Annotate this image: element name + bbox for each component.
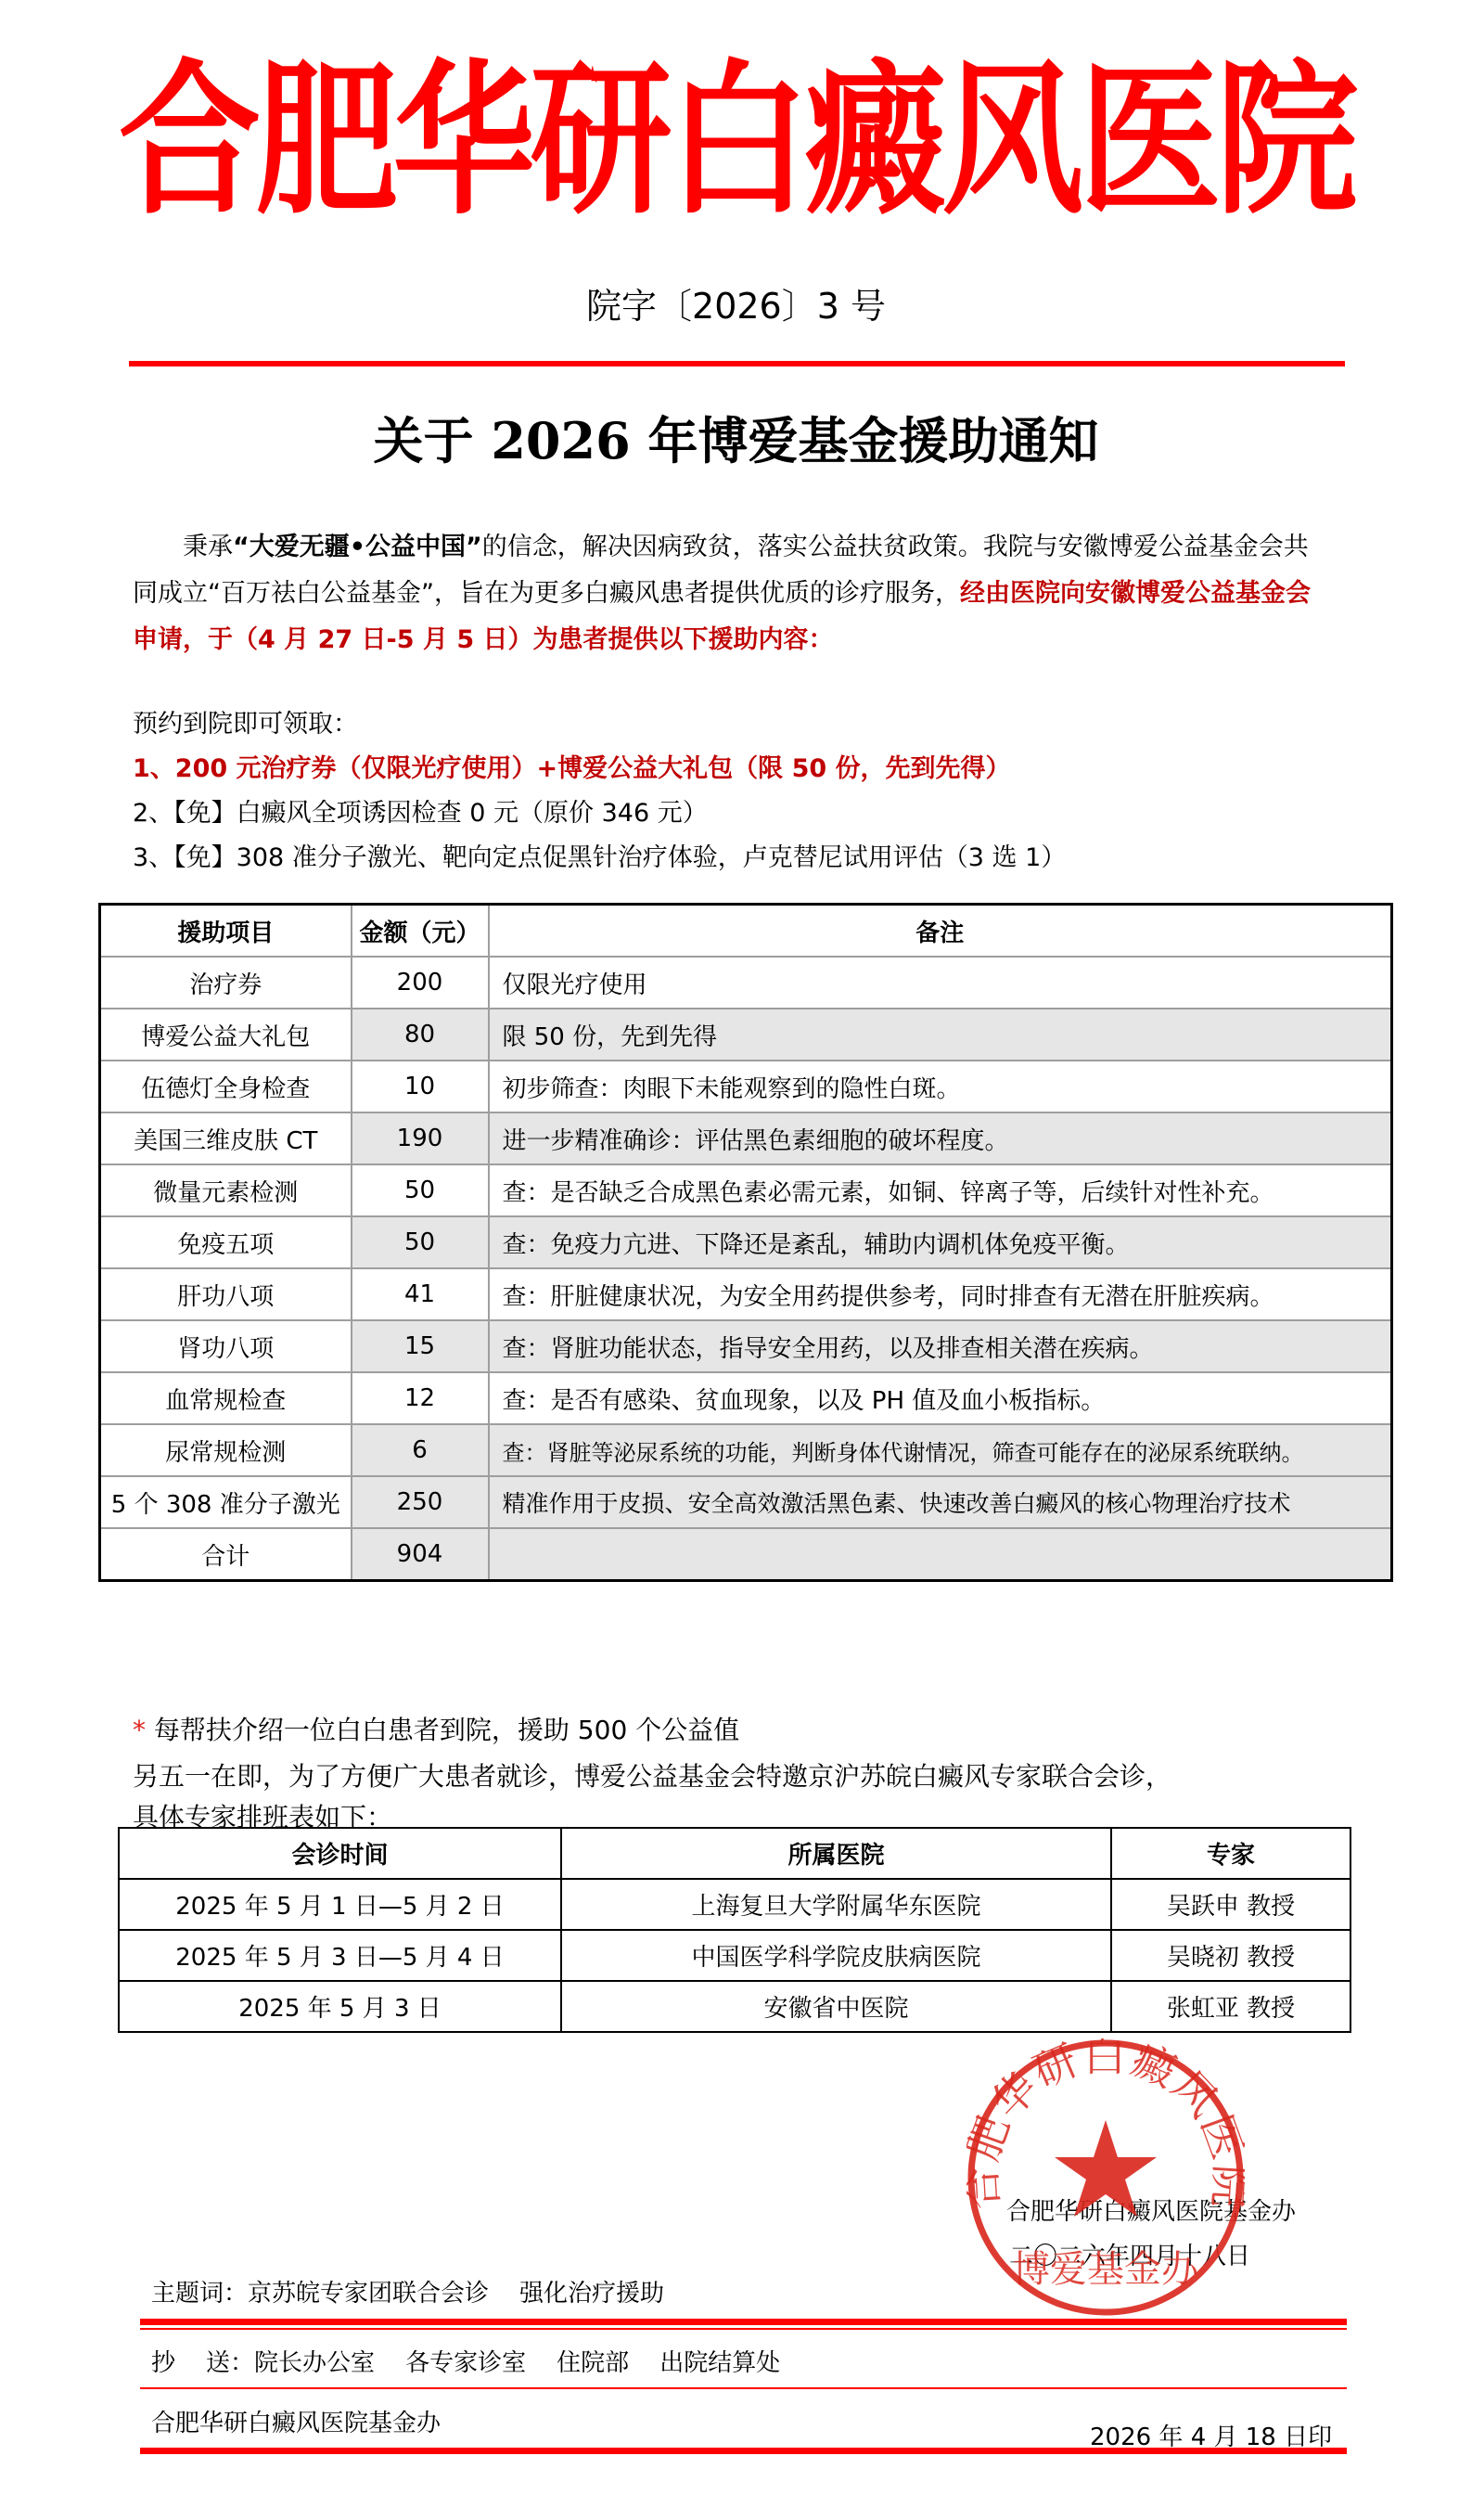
col-header-note: 备注 <box>489 905 1392 958</box>
cell-note: 查：是否有感染、贫血现象，以及 PH 值及血小板指标。 <box>489 1372 1392 1424</box>
header-divider <box>129 361 1345 366</box>
aid-table-header: 援助项目 金额（元） 备注 <box>100 905 1392 958</box>
schedule-header: 会诊时间 所属医院 专家 <box>119 1828 1350 1879</box>
official-seal-icon: 合肥华研白癜风医院 博爱基金办 <box>966 2038 1245 2317</box>
benefits-list: 预约到院即可领取： 1、200 元治疗券（仅限光疗使用）+博爱公益大礼包（限 5… <box>133 702 1338 881</box>
cell-hospital: 上海复旦大学附属华东医院 <box>561 1879 1111 1930</box>
cell-note: 初步筛查：肉眼下未能观察到的隐性白斑。 <box>489 1061 1392 1112</box>
expert-schedule-table: 会诊时间 所属医院 专家 2025 年 5 月 1 日—5 月 2 日上海复旦大… <box>118 1827 1351 2033</box>
cell-item: 博爱公益大礼包 <box>100 1009 352 1061</box>
cell-amount: 10 <box>352 1061 489 1112</box>
cell-time: 2025 年 5 月 3 日—5 月 4 日 <box>119 1930 561 1981</box>
cell-hospital: 安徽省中医院 <box>561 1981 1111 2032</box>
cell-expert: 张虹亚 教授 <box>1111 1981 1350 2032</box>
cell-note: 查：是否缺乏合成黑色素必需元素，如铜、锌离子等，后续针对性补充。 <box>489 1164 1392 1216</box>
cell-item: 伍德灯全身检查 <box>100 1061 352 1112</box>
table-row: 尿常规检测6查：肾脏等泌尿系统的功能，判断身体代谢情况，筛查可能存在的泌尿系统联… <box>100 1424 1392 1476</box>
referral-note: * 每帮扶介绍一位白白患者到院，援助 500 个公益值 <box>133 1707 739 1754</box>
cell-amount: 80 <box>352 1009 489 1061</box>
cell-amount: 190 <box>352 1112 489 1164</box>
cell-note <box>489 1528 1392 1581</box>
cell-amount: 200 <box>352 957 489 1009</box>
cell-item: 血常规检查 <box>100 1372 352 1424</box>
table-row: 免疫五项50查：免疫力亢进、下降还是紊乱，辅助内调机体免疫平衡。 <box>100 1216 1392 1268</box>
cell-amount: 50 <box>352 1164 489 1216</box>
table-row-total: 合计904 <box>100 1528 1392 1581</box>
cell-note: 查：免疫力亢进、下降还是紊乱，辅助内调机体免疫平衡。 <box>489 1216 1392 1268</box>
intro-paragraph: 秉承“大爱无疆•公益中国”的信念，解决因病致贫，落实公益扶贫政策。我院与安徽博爱… <box>133 524 1311 663</box>
aid-table: 援助项目 金额（元） 备注 治疗券200仅限光疗使用 博爱公益大礼包80限 50… <box>98 903 1393 1582</box>
cell-item: 治疗券 <box>100 957 352 1009</box>
subject-keywords: 主题词：京苏皖专家团联合会诊 强化治疗援助 <box>151 2275 664 2312</box>
cell-expert: 吴晓初 教授 <box>1111 1930 1350 1981</box>
cell-item: 微量元素检测 <box>100 1164 352 1216</box>
cell-item: 尿常规检测 <box>100 1424 352 1476</box>
cell-item: 免疫五项 <box>100 1216 352 1268</box>
table-row: 肝功八项41查：肝脏健康状况，为安全用药提供参考，同时排查有无潜在肝脏疾病。 <box>100 1268 1392 1320</box>
table-row: 治疗券200仅限光疗使用 <box>100 957 1392 1009</box>
seal-bottom-text: 博爱基金办 <box>1013 2248 1200 2291</box>
table-row: 2025 年 5 月 3 日安徽省中医院张虹亚 教授 <box>119 1981 1350 2032</box>
notice-title: 关于 2026 年博爱基金援助通知 <box>0 408 1472 473</box>
footer-divider-hairline <box>140 2387 1347 2389</box>
cell-note: 仅限光疗使用 <box>489 957 1392 1009</box>
cell-item: 肝功八项 <box>100 1268 352 1320</box>
asterisk-icon: * <box>133 1715 146 1745</box>
intro-prefix: 秉承 <box>183 533 233 561</box>
cc-recipients: 抄 送：院长办公室 各专家诊室 住院部 出院结算处 <box>151 2345 780 2382</box>
benefit-item: 2、【免】白癜风全项诱因检查 0 元（原价 346 元） <box>133 791 1338 836</box>
cell-item: 合计 <box>100 1528 352 1581</box>
cell-note: 查：肾脏功能状态，指导安全用药，以及排查相关潜在疾病。 <box>489 1320 1392 1372</box>
col-header-item: 援助项目 <box>100 905 352 958</box>
cell-time: 2025 年 5 月 3 日 <box>119 1981 561 2032</box>
table-row: 肾功八项15查：肾脏功能状态，指导安全用药，以及排查相关潜在疾病。 <box>100 1320 1392 1372</box>
cell-note: 查：肝脏健康状况，为安全用药提供参考，同时排查有无潜在肝脏疾病。 <box>489 1268 1392 1320</box>
cell-item: 美国三维皮肤 CT <box>100 1112 352 1164</box>
cell-note: 限 50 份，先到先得 <box>489 1009 1392 1061</box>
cell-item: 肾功八项 <box>100 1320 352 1372</box>
cell-amount: 50 <box>352 1216 489 1268</box>
table-row: 美国三维皮肤 CT190进一步精准确诊：评估黑色素细胞的破坏程度。 <box>100 1112 1392 1164</box>
table-row: 博爱公益大礼包80限 50 份，先到先得 <box>100 1009 1392 1061</box>
table-row: 2025 年 5 月 3 日—5 月 4 日中国医学科学院皮肤病医院吴晓初 教授 <box>119 1930 1350 1981</box>
cell-expert: 吴跃申 教授 <box>1111 1879 1350 1930</box>
footer-bottom-bar <box>140 2448 1347 2454</box>
intro-slogan: “大爱无疆•公益中国” <box>233 533 482 561</box>
cell-time: 2025 年 5 月 1 日—5 月 2 日 <box>119 1879 561 1930</box>
table-row: 微量元素检测50查：是否缺乏合成黑色素必需元素，如铜、锌离子等，后续针对性补充。 <box>100 1164 1392 1216</box>
cell-hospital: 中国医学科学院皮肤病医院 <box>561 1930 1111 1981</box>
table-row: 伍德灯全身检查10初步筛查：肉眼下未能观察到的隐性白斑。 <box>100 1061 1392 1112</box>
cell-amount: 41 <box>352 1268 489 1320</box>
table-row: 2025 年 5 月 1 日—5 月 2 日上海复旦大学附属华东医院吴跃申 教授 <box>119 1879 1350 1930</box>
consult-intro-line1: 另五一在即，为了方便广大患者就诊，博爱公益基金会特邀京沪苏皖白癜风专家联合会诊， <box>133 1754 1171 1800</box>
referral-text: 每帮扶介绍一位白白患者到院，援助 500 个公益值 <box>154 1715 739 1745</box>
document-number: 院字〔2026〕3 号 <box>0 283 1472 329</box>
benefit-item: 1、200 元治疗券（仅限光疗使用）+博爱公益大礼包（限 50 份，先到先得） <box>133 747 1338 791</box>
cell-note: 进一步精准确诊：评估黑色素细胞的破坏程度。 <box>489 1112 1392 1164</box>
cell-amount: 12 <box>352 1372 489 1424</box>
footer-divider-thick <box>140 2319 1347 2325</box>
benefit-item: 3、【免】308 准分子激光、靶向定点促黑针治疗体验，卢克替尼试用评估（3 选 … <box>133 836 1338 881</box>
cell-note: 精准作用于皮损、安全高效激活黑色素、快速改善白癜风的核心物理治疗技术 <box>489 1476 1392 1528</box>
col-header-time: 会诊时间 <box>119 1828 561 1879</box>
cell-item: 5 个 308 准分子激光 <box>100 1476 352 1528</box>
cell-amount: 6 <box>352 1424 489 1476</box>
cell-amount: 250 <box>352 1476 489 1528</box>
table-row: 5 个 308 准分子激光250精准作用于皮损、安全高效激活黑色素、快速改善白癜… <box>100 1476 1392 1528</box>
cell-amount: 15 <box>352 1320 489 1372</box>
benefits-heading: 预约到院即可领取： <box>133 702 1338 747</box>
col-header-expert: 专家 <box>1111 1828 1350 1879</box>
col-header-hospital: 所属医院 <box>561 1828 1111 1879</box>
table-row: 血常规检查12查：是否有感染、贫血现象，以及 PH 值及血小板指标。 <box>100 1372 1392 1424</box>
footer-divider-thin <box>140 2328 1347 2330</box>
cell-note: 查：肾脏等泌尿系统的功能，判断身体代谢情况，筛查可能存在的泌尿系统联纳。 <box>489 1424 1392 1476</box>
issuer: 合肥华研白癜风医院基金办 <box>151 2405 441 2442</box>
hospital-name-header: 合肥华研白癜风医院 <box>103 48 1369 234</box>
cell-amount: 904 <box>352 1528 489 1581</box>
col-header-amount: 金额（元） <box>352 905 489 958</box>
